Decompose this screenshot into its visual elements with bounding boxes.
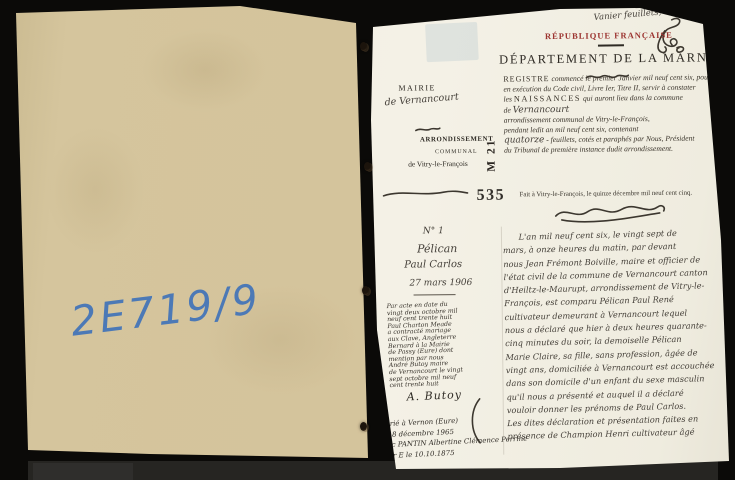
registre-line-text: - feuillets, cotés et paraphés par Nous,… bbox=[544, 134, 694, 145]
act-firstnames: Paul Carlos bbox=[404, 259, 462, 271]
registre-line-text: commencé le premier Janvier mil neuf cen… bbox=[550, 72, 712, 83]
mayor-signature: A. Butoy bbox=[406, 388, 462, 403]
communal-label: COMMUNAL bbox=[435, 149, 478, 155]
feuillets-count-handwritten: quatorze bbox=[504, 135, 544, 145]
faded-blue-stamp bbox=[425, 22, 479, 62]
long-dash-flourish-icon bbox=[381, 185, 469, 204]
departement-title: DÉPARTEMENT DE LA MARNE bbox=[492, 50, 724, 67]
birth-act-body: L'an mil neuf cent six, le vingt sept de… bbox=[502, 226, 733, 444]
title-rule bbox=[598, 44, 624, 46]
registre-lead: REGISTRE bbox=[503, 74, 549, 83]
number-535-stamp: 535 bbox=[476, 187, 505, 205]
republique-title: RÉPUBLIQUE FRANÇAISE bbox=[533, 30, 685, 42]
marginal-mention: Par acte en date du vingt deux octobre m… bbox=[387, 300, 492, 389]
act-margin-rule bbox=[414, 294, 456, 295]
naissances-word: NAISSANCES bbox=[514, 94, 581, 104]
binding-hole bbox=[364, 162, 371, 171]
registre-line: du Tribunal de première instance dudit a… bbox=[504, 144, 726, 157]
arrondissement-label: ARRONDISSEMENT bbox=[420, 136, 493, 144]
act-number: N° 1 bbox=[423, 226, 444, 236]
president-signature bbox=[552, 199, 670, 231]
registre-line-text: de bbox=[504, 105, 513, 114]
registre-paragraph: REGISTRE commencé le premier Janvier mil… bbox=[503, 72, 726, 156]
m21-stamp: M 21 bbox=[485, 133, 498, 177]
mairie-commune-handwritten: de Vernancourt bbox=[384, 91, 459, 108]
scanned-register-photo: 2E719/9 Vanier feuillets, RÉPUBLIQUE FRA… bbox=[0, 0, 735, 480]
registre-line-text: les bbox=[503, 95, 513, 104]
commune-name-handwritten: Vernancourt bbox=[513, 104, 570, 115]
mairie-label: MAIRIE bbox=[398, 83, 436, 92]
registre-line-text: qui auront lieu dans la commune bbox=[581, 93, 683, 103]
table-surface-highlight bbox=[33, 463, 133, 480]
fait-line: Fait à Vitry-le-François, le quinze déce… bbox=[519, 190, 692, 199]
small-squiggle-icon bbox=[415, 119, 441, 137]
binding-hole bbox=[362, 286, 369, 295]
binding-hole bbox=[360, 42, 367, 51]
arrondissement-name: de Vitry-le-François bbox=[408, 159, 468, 169]
act-surname: Pélican bbox=[417, 242, 457, 255]
binding-hole bbox=[360, 422, 367, 431]
archive-cote-handwritten: 2E719/9 bbox=[68, 266, 332, 345]
act-date: 27 mars 1906 bbox=[409, 278, 472, 289]
